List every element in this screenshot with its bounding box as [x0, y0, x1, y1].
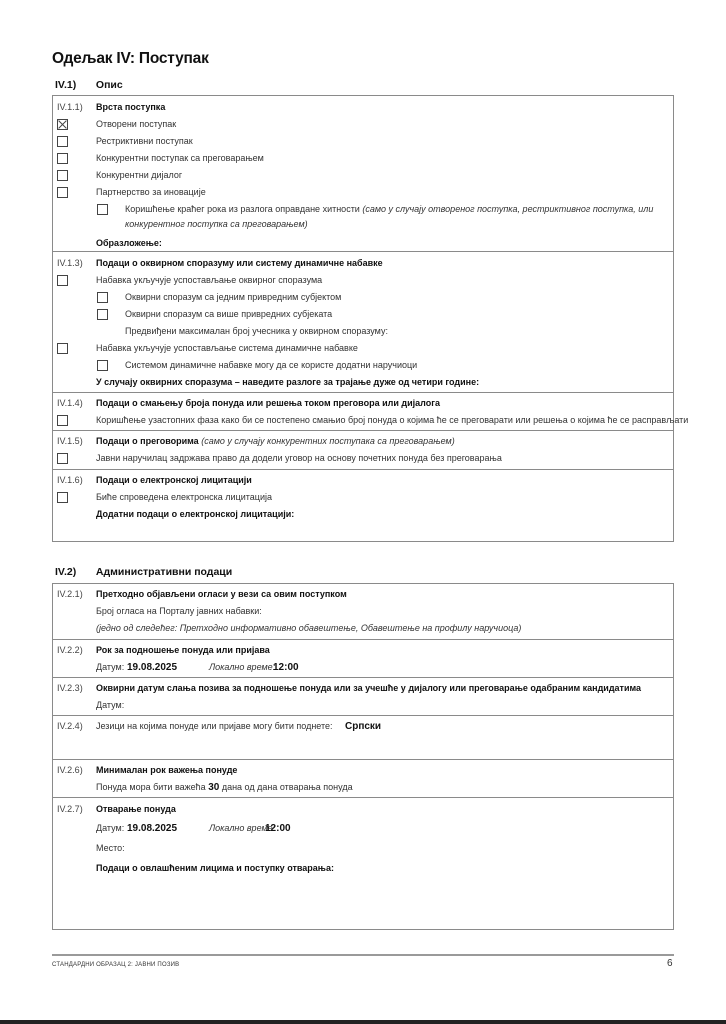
reasons-label: У случају оквирних споразума – наведите … [96, 374, 479, 391]
checkbox-successive-phases[interactable] [57, 415, 68, 426]
justification-label: Образложење: [96, 235, 162, 252]
item-title: Рок за подношење понуда или пријава [96, 642, 270, 659]
iv15-block: IV.1.5)Подаци о преговорима (само у случ… [53, 430, 673, 469]
validity-suffix: дана од дана отварања понуда [222, 782, 353, 792]
subsection-title: Опис [96, 79, 123, 91]
iv26-block: IV.2.6)Минималан рок важења понуде Понуд… [53, 759, 673, 797]
checkbox-competitive-negotiation[interactable] [57, 153, 68, 164]
item-note: (само у случају конкурентних поступака с… [201, 436, 455, 446]
viewer-bottom-bar [0, 1020, 726, 1024]
validity-prefix: Понуда мора бити важећа [96, 782, 206, 792]
option-label: Јавни наручилац задржава право да додели… [96, 450, 502, 467]
item-title: Подаци о оквирном споразуму или систему … [96, 255, 383, 272]
item-number: IV.2.3) [57, 680, 83, 697]
item-number: IV.2.6) [57, 762, 83, 779]
notice-note: (једно од следећег: Претходно информатив… [96, 620, 521, 637]
footer-text: СТАНДАРДНИ ОБРАЗАЦ 2: ЈАВНИ ПОЗИВ [52, 962, 179, 968]
date-label: Датум: [96, 819, 124, 838]
place-label: Место: [96, 838, 125, 858]
checkbox-restricted-procedure[interactable] [57, 136, 68, 147]
option-label: Оквирни споразум са једним привредним су… [125, 289, 341, 306]
auction-extra-label: Додатни подаци о електронској лицитацији… [96, 506, 294, 523]
subsection-number: IV.2) [55, 566, 93, 578]
time-label: Локално време: [209, 659, 275, 676]
authorized-persons-label: Подаци о овлашћеним лицима и поступку от… [96, 858, 334, 878]
option-label: Конкурентни дијалог [96, 167, 182, 184]
checkbox-dynamic-extra[interactable] [97, 360, 108, 371]
option-label: Системом динамичне набавке могу да се ко… [125, 357, 417, 374]
opening-date: 19.08.2025 [127, 819, 177, 838]
submission-time: 12:00 [273, 659, 299, 676]
item-number: IV.1.3) [57, 255, 83, 272]
option-label: Коришћење узастопних фаза како би се пос… [96, 412, 688, 429]
iv21-block: IV.2.1)Претходно објављени огласи у вези… [53, 584, 673, 639]
languages-value: Српски [345, 718, 381, 735]
item-number: IV.2.7) [57, 800, 83, 819]
iv24-block: IV.2.4) Језици на којима понуде или приј… [53, 715, 673, 759]
item-number: IV.1.1) [57, 99, 83, 116]
page-number: 6 [667, 958, 673, 969]
item-number: IV.1.4) [57, 395, 83, 412]
languages-label: Језици на којима понуде или пријаве могу… [96, 718, 333, 735]
checkbox-electronic-auction[interactable] [57, 492, 68, 503]
subsection-iv2-heading: IV.2) Административни подаци [55, 566, 232, 578]
iv1-box: IV.1.1)Врста поступка Отворени поступак … [52, 95, 674, 542]
iv11-block: IV.1.1)Врста поступка Отворени поступак … [53, 96, 673, 251]
item-number: IV.2.4) [57, 718, 83, 735]
iv16-block: IV.1.6)Подаци о електронској лицитацији … [53, 469, 673, 541]
date-label: Датум: [96, 697, 124, 714]
iv2-box: IV.2.1)Претходно објављени огласи у вези… [52, 583, 674, 930]
option-label: Партнерство за иновације [96, 184, 206, 201]
submission-date: 19.08.2025 [127, 659, 177, 676]
option-label: Рестриктивни поступак [96, 133, 193, 150]
option-label: Набавка укључује успостављање система ди… [96, 340, 358, 357]
item-number: IV.1.5) [57, 433, 83, 450]
subsection-title: Административни подаци [96, 566, 232, 578]
document-page: Одељак IV: Поступак IV.1) Опис IV.1.1)Вр… [0, 0, 726, 1024]
checkbox-urgency[interactable] [97, 204, 108, 215]
opening-time: 12:00 [265, 819, 291, 838]
item-title: Отварање понуда [96, 800, 176, 819]
iv23-block: IV.2.3)Оквирни датум слања позива за под… [53, 677, 673, 715]
item-title: Врста поступка [96, 99, 165, 116]
max-participants-label: Предвиђени максималан број учесника у ок… [125, 323, 388, 340]
item-title: Оквирни датум слања позива за подношење … [96, 680, 641, 697]
section-title: Одељак IV: Поступак [52, 50, 209, 68]
item-title: Подаци о електронској лицитацији [96, 472, 252, 489]
urgency-text: Коришћење краћег рока из разлога оправда… [125, 202, 655, 232]
notice-count-label: Број огласа на Порталу јавних набавки: [96, 603, 262, 620]
option-label: Отворени поступак [96, 116, 176, 133]
date-label: Датум: [96, 659, 124, 676]
subsection-number: IV.1) [55, 79, 93, 91]
item-title: Минималан рок важења понуде [96, 762, 237, 779]
option-label: Конкурентни поступак са преговарањем [96, 150, 264, 167]
footer-divider [52, 954, 674, 956]
checkbox-dynamic-purchasing[interactable] [57, 343, 68, 354]
checkbox-framework-agreement[interactable] [57, 275, 68, 286]
item-number: IV.2.2) [57, 642, 83, 659]
checkbox-competitive-dialogue[interactable] [57, 170, 68, 181]
option-label: Оквирни споразум са више привредних субј… [125, 306, 332, 323]
option-label: Набавка укључује успостављање оквирног с… [96, 272, 322, 289]
item-title: Подаци о преговорима [96, 436, 199, 446]
subsection-iv1-heading: IV.1) Опис [55, 79, 123, 91]
item-title: Подаци о смањењу броја понуда или решења… [96, 395, 440, 412]
item-number: IV.1.6) [57, 472, 83, 489]
checkbox-innovation-partnership[interactable] [57, 187, 68, 198]
checkbox-single-operator[interactable] [97, 292, 108, 303]
item-title: Претходно објављени огласи у вези са ови… [96, 586, 347, 603]
checkbox-award-without-negotiation[interactable] [57, 453, 68, 464]
iv13-block: IV.1.3)Подаци о оквирном споразуму или с… [53, 251, 673, 392]
checkbox-open-procedure[interactable] [57, 119, 68, 130]
checkbox-multiple-operators[interactable] [97, 309, 108, 320]
iv22-block: IV.2.2)Рок за подношење понуда или прија… [53, 639, 673, 677]
option-label: Биће спроведена електронска лицитација [96, 489, 272, 506]
item-number: IV.2.1) [57, 586, 83, 603]
iv14-block: IV.1.4)Подаци о смањењу броја понуда или… [53, 392, 673, 430]
validity-days: 30 [208, 782, 219, 793]
iv27-block: IV.2.7)Отварање понуда Датум: 19.08.2025… [53, 797, 673, 929]
